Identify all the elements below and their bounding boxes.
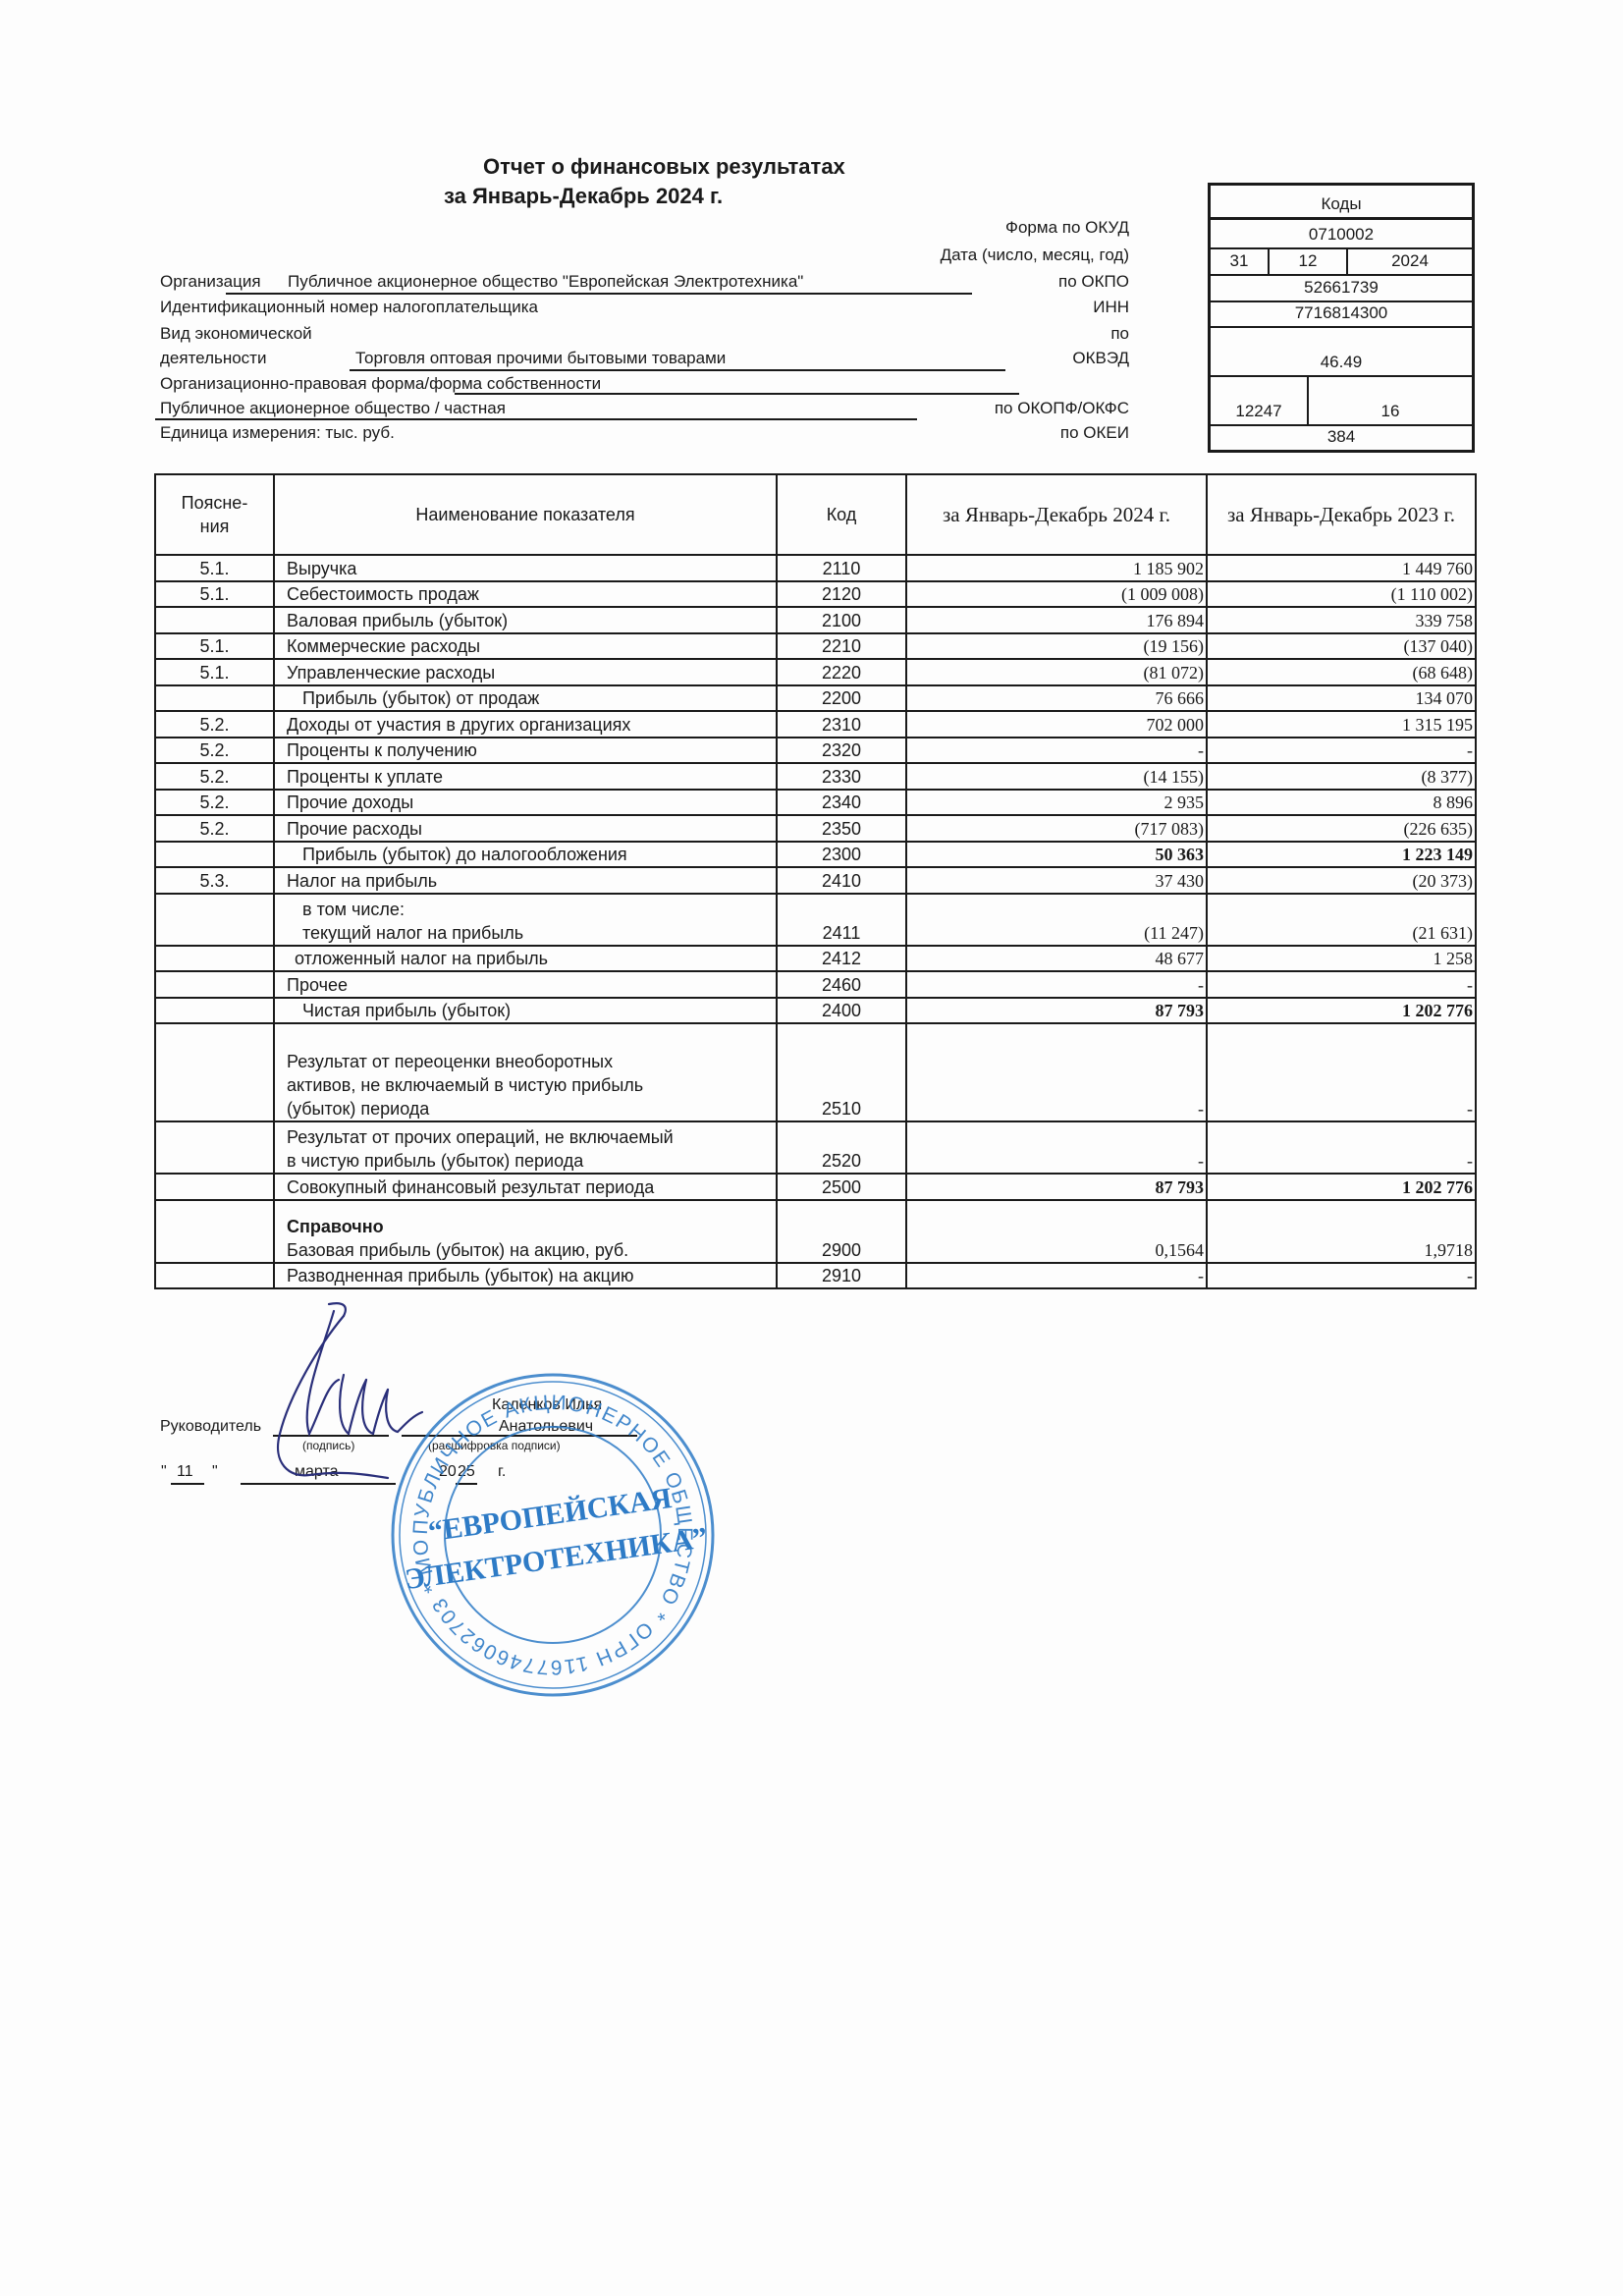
cell-note [155, 1121, 274, 1174]
activity-underline [350, 369, 1005, 371]
cell-value-2023: - [1207, 1121, 1476, 1174]
cell-value-2024: 87 793 [906, 1174, 1207, 1200]
cell-value-2024: - [906, 1121, 1207, 1174]
cell-value-2024: (81 072) [906, 659, 1207, 685]
unit-label: Единица измерения: тыс. руб. [160, 423, 395, 443]
legal-form-label: Организационно-правовая форма/форма собс… [160, 374, 601, 394]
signature-role-label: Руководитель [160, 1418, 261, 1436]
table-row: Прочее2460-- [155, 971, 1476, 998]
label-okei: по ОКЕИ [1060, 423, 1129, 443]
cell-code: 2900 [777, 1200, 906, 1263]
date-day: 11 [177, 1463, 193, 1481]
cell-code: 2310 [777, 711, 906, 738]
cell-value-2024: - [906, 1263, 1207, 1289]
cell-note [155, 971, 274, 998]
cell-indicator-name: Результат от прочих операций, не включае… [274, 1121, 777, 1174]
cell-note: 5.2. [155, 790, 274, 816]
cell-indicator-name: отложенный налог на прибыль [274, 946, 777, 972]
table-row: 5.1.Выручка21101 185 9021 449 760 [155, 555, 1476, 581]
cell-code: 2410 [777, 867, 906, 894]
cell-value-2024: 37 430 [906, 867, 1207, 894]
cell-value-2023: 1 202 776 [1207, 998, 1476, 1024]
activity-value: Торговля оптовая прочими бытовыми товара… [355, 349, 726, 368]
cell-indicator-name: Разводненная прибыль (убыток) на акцию [274, 1263, 777, 1289]
date-month-underline [241, 1483, 396, 1485]
cell-value-2024: 702 000 [906, 711, 1207, 738]
cell-value-2024: - [906, 738, 1207, 764]
legal-form-value-underline [155, 418, 917, 420]
cell-value-2023: 339 758 [1207, 607, 1476, 633]
table-row: в том числе: текущий налог на прибыль241… [155, 894, 1476, 946]
activity-label-2: деятельности [160, 349, 266, 368]
cell-code: 2220 [777, 659, 906, 685]
cell-value-2024: 2 935 [906, 790, 1207, 816]
cell-note [155, 607, 274, 633]
cell-value-2023: - [1207, 738, 1476, 764]
cell-indicator-name: Себестоимость продаж [274, 581, 777, 608]
code-inn: 7716814300 [1211, 302, 1472, 326]
cell-code: 2500 [777, 1174, 906, 1200]
label-okved-2: ОКВЭД [1072, 349, 1129, 368]
label-okopf: по ОКОПФ/ОКФС [995, 399, 1129, 418]
cell-indicator-name: Валовая прибыль (убыток) [274, 607, 777, 633]
table-row: 5.3.Налог на прибыль241037 430(20 373) [155, 867, 1476, 894]
cell-code: 2110 [777, 555, 906, 581]
cell-code: 2120 [777, 581, 906, 608]
cell-indicator-name: Справочно Базовая прибыль (убыток) на ак… [274, 1200, 777, 1263]
cell-code: 2200 [777, 685, 906, 712]
cell-note: 5.3. [155, 867, 274, 894]
cell-note [155, 946, 274, 972]
table-row: Прибыль (убыток) до налогообложения23005… [155, 842, 1476, 868]
org-value: Публичное акционерное общество "Европейс… [288, 272, 803, 292]
cell-value-2023: (68 648) [1207, 659, 1476, 685]
cell-note [155, 1023, 274, 1121]
cell-code: 2460 [777, 971, 906, 998]
table-row: Прибыль (убыток) от продаж220076 666134 … [155, 685, 1476, 712]
cell-indicator-name: Управленческие расходы [274, 659, 777, 685]
table-row: 5.2.Проценты к получению2320-- [155, 738, 1476, 764]
cell-code: 2100 [777, 607, 906, 633]
code-okei: 384 [1211, 426, 1472, 450]
cell-note [155, 1263, 274, 1289]
code-date-month: 12 [1268, 249, 1346, 274]
org-underline [226, 293, 972, 295]
cell-note: 5.1. [155, 555, 274, 581]
cell-value-2024: 0,1564 [906, 1200, 1207, 1263]
label-okpo: по ОКПО [1058, 272, 1129, 292]
cell-value-2024: - [906, 1023, 1207, 1121]
table-row: Чистая прибыль (убыток)240087 7931 202 7… [155, 998, 1476, 1024]
cell-value-2023: 1 258 [1207, 946, 1476, 972]
cell-value-2024: 48 677 [906, 946, 1207, 972]
company-stamp: ПУБЛИЧНОЕ АКЦИОНЕРНОЕ ОБЩЕСТВО * ОГРН 11… [385, 1367, 721, 1703]
cell-value-2023: - [1207, 1263, 1476, 1289]
label-inn: ИНН [1093, 298, 1129, 317]
cell-code: 2412 [777, 946, 906, 972]
cell-value-2023: 1 449 760 [1207, 555, 1476, 581]
table-row: 5.1.Себестоимость продаж2120(1 009 008)(… [155, 581, 1476, 608]
table-header-row: Поясне- ния Наименование показателя Код … [155, 474, 1476, 555]
report-period: за Январь-Декабрь 2024 г. [444, 184, 723, 209]
table-row: отложенный налог на прибыль241248 6771 2… [155, 946, 1476, 972]
cell-code: 2400 [777, 998, 906, 1024]
code-okopf: 12247 [1211, 377, 1307, 424]
inn-label: Идентификационный номер налогоплательщик… [160, 298, 538, 317]
cell-value-2023: (226 635) [1207, 815, 1476, 842]
cell-code: 2340 [777, 790, 906, 816]
table-row: 5.2.Доходы от участия в других организац… [155, 711, 1476, 738]
date-close-quote: " [212, 1463, 218, 1481]
cell-value-2023: 8 896 [1207, 790, 1476, 816]
table-row: 5.2.Прочие расходы2350(717 083)(226 635) [155, 815, 1476, 842]
cell-indicator-name: Совокупный финансовый результат периода [274, 1174, 777, 1200]
label-date: Дата (число, месяц, год) [941, 246, 1129, 265]
label-okved-1: по [1110, 324, 1129, 344]
cell-indicator-name: в том числе: текущий налог на прибыль [274, 894, 777, 946]
cell-note: 5.2. [155, 763, 274, 790]
cell-code: 2411 [777, 894, 906, 946]
cell-value-2024: (717 083) [906, 815, 1207, 842]
cell-value-2023: (20 373) [1207, 867, 1476, 894]
date-day-underline [171, 1483, 204, 1485]
cell-value-2023: (1 110 002) [1207, 581, 1476, 608]
cell-code: 2350 [777, 815, 906, 842]
cell-value-2023: 1,9718 [1207, 1200, 1476, 1263]
cell-code: 2510 [777, 1023, 906, 1121]
cell-note [155, 894, 274, 946]
table-row: 5.2.Прочие доходы23402 9358 896 [155, 790, 1476, 816]
table-row: Валовая прибыль (убыток)2100176 894339 7… [155, 607, 1476, 633]
cell-value-2024: (1 009 008) [906, 581, 1207, 608]
reference-heading: Справочно [287, 1217, 384, 1236]
cell-indicator-name: Выручка [274, 555, 777, 581]
code-okud: 0710002 [1211, 220, 1472, 247]
activity-label-1: Вид экономической [160, 324, 312, 344]
cell-note [155, 842, 274, 868]
code-okved: 46.49 [1211, 328, 1472, 375]
cell-indicator-name: Прибыль (убыток) до налогообложения [274, 842, 777, 868]
cell-value-2023: (137 040) [1207, 633, 1476, 660]
cell-code: 2300 [777, 842, 906, 868]
cell-code: 2210 [777, 633, 906, 660]
cell-value-2023: 1 315 195 [1207, 711, 1476, 738]
col-header-notes: Поясне- ния [155, 474, 274, 555]
cell-value-2024: 1 185 902 [906, 555, 1207, 581]
cell-indicator-name: Проценты к получению [274, 738, 777, 764]
cell-value-2023: (21 631) [1207, 894, 1476, 946]
org-label: Организация [160, 272, 261, 292]
col-header-indicator: Наименование показателя [274, 474, 777, 555]
cell-value-2024: (14 155) [906, 763, 1207, 790]
table-row: 5.1.Управленческие расходы2220(81 072)(6… [155, 659, 1476, 685]
cell-indicator-name: Прочее [274, 971, 777, 998]
cell-note [155, 685, 274, 712]
cell-note [155, 998, 274, 1024]
codes-box: Коды 0710002 31 12 2024 52661739 7716814… [1208, 183, 1475, 453]
codes-header: Коды [1211, 186, 1472, 217]
col-header-2023: за Январь-Декабрь 2023 г. [1207, 474, 1476, 555]
table-row: Разводненная прибыль (убыток) на акцию29… [155, 1263, 1476, 1289]
table-row: 5.2.Проценты к уплате2330(14 155)(8 377) [155, 763, 1476, 790]
cell-note: 5.1. [155, 633, 274, 660]
cell-indicator-name: Прибыль (убыток) от продаж [274, 685, 777, 712]
cell-code: 2330 [777, 763, 906, 790]
cell-note: 5.1. [155, 659, 274, 685]
cell-indicator-name: Чистая прибыль (убыток) [274, 998, 777, 1024]
cell-note [155, 1200, 274, 1263]
legal-form-value: Публичное акционерное общество / частная [160, 399, 506, 418]
cell-value-2024: 176 894 [906, 607, 1207, 633]
code-okfs: 16 [1307, 377, 1472, 424]
cell-value-2024: 50 363 [906, 842, 1207, 868]
cell-value-2023: - [1207, 1023, 1476, 1121]
code-okpo: 52661739 [1211, 276, 1472, 301]
table-row: Результат от прочих операций, не включае… [155, 1121, 1476, 1174]
cell-indicator-name: Доходы от участия в других организациях [274, 711, 777, 738]
cell-indicator-name: Проценты к уплате [274, 763, 777, 790]
cell-note: 5.2. [155, 711, 274, 738]
cell-value-2023: 134 070 [1207, 685, 1476, 712]
cell-value-2024: (19 156) [906, 633, 1207, 660]
cell-value-2024: 87 793 [906, 998, 1207, 1024]
cell-indicator-name: Результат от переоценки внеоборотных акт… [274, 1023, 777, 1121]
label-okud: Форма по ОКУД [1005, 218, 1129, 238]
code-date-year: 2024 [1346, 249, 1472, 274]
cell-value-2024: (11 247) [906, 894, 1207, 946]
table-row: Справочно Базовая прибыль (убыток) на ак… [155, 1200, 1476, 1263]
financial-results-table: Поясне- ния Наименование показателя Код … [154, 473, 1477, 1289]
cell-note: 5.1. [155, 581, 274, 608]
table-row: Совокупный финансовый результат периода2… [155, 1174, 1476, 1200]
col-header-2024: за Январь-Декабрь 2024 г. [906, 474, 1207, 555]
table-row: 5.1.Коммерческие расходы2210(19 156)(137… [155, 633, 1476, 660]
cell-code: 2320 [777, 738, 906, 764]
cell-note: 5.2. [155, 738, 274, 764]
cell-value-2024: 76 666 [906, 685, 1207, 712]
cell-indicator-name: Прочие доходы [274, 790, 777, 816]
cell-value-2024: - [906, 971, 1207, 998]
code-date-day: 31 [1211, 249, 1268, 274]
cell-indicator-name: Коммерческие расходы [274, 633, 777, 660]
cell-indicator-name: Прочие расходы [274, 815, 777, 842]
cell-value-2023: 1 202 776 [1207, 1174, 1476, 1200]
table-row: Результат от переоценки внеоборотных акт… [155, 1023, 1476, 1121]
report-title: Отчет о финансовых результатах [483, 154, 845, 180]
legal-form-underline [455, 393, 1019, 395]
cell-indicator-name: Налог на прибыль [274, 867, 777, 894]
cell-value-2023: - [1207, 971, 1476, 998]
cell-code: 2910 [777, 1263, 906, 1289]
cell-value-2023: 1 223 149 [1207, 842, 1476, 868]
cell-note [155, 1174, 274, 1200]
cell-value-2023: (8 377) [1207, 763, 1476, 790]
col-header-code: Код [777, 474, 906, 555]
cell-code: 2520 [777, 1121, 906, 1174]
date-open-quote: " [161, 1463, 167, 1481]
cell-note: 5.2. [155, 815, 274, 842]
